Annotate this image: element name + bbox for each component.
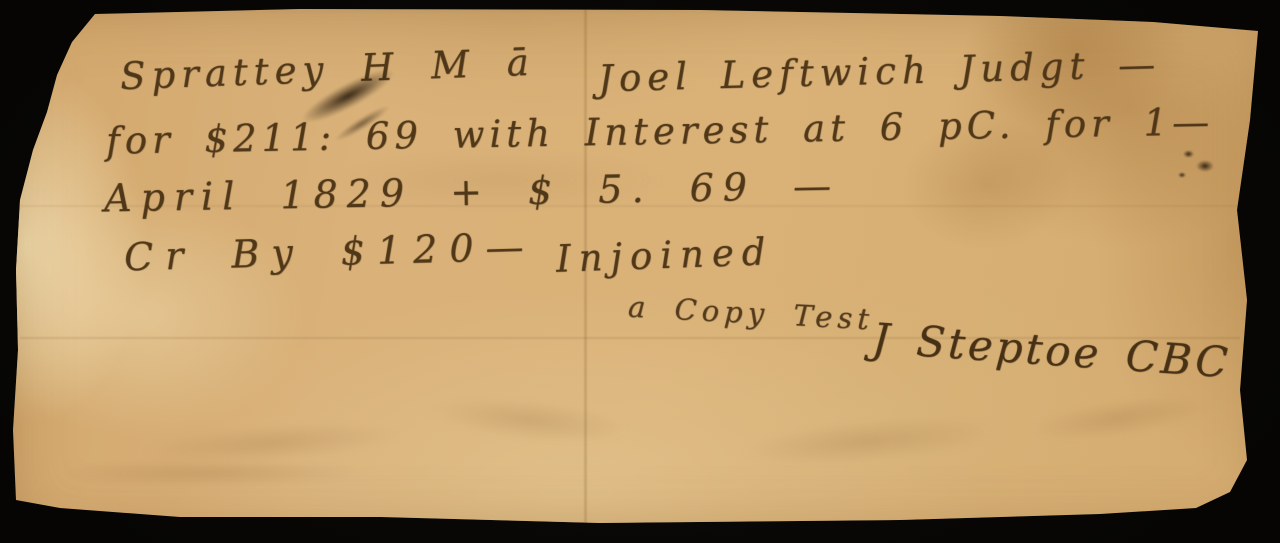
bleedthrough-smudge bbox=[739, 409, 1002, 474]
bleedthrough-smudge bbox=[1028, 388, 1211, 449]
handwriting-parties-left: Sprattey H M ā bbox=[119, 41, 535, 98]
clerk-signature: J Steptoe CBC bbox=[871, 314, 1232, 388]
bleedthrough-smudge bbox=[60, 460, 360, 486]
handwriting-attestation: a Copy Test bbox=[627, 290, 875, 337]
handwriting-amount-line: for $211: 69 with Interest at 6 pC. for … bbox=[106, 100, 1215, 162]
handwriting-injoined-note: Injoined bbox=[555, 230, 774, 281]
scanner-background: Sprattey H M ā Joel Leftwich Judgt — fo… bbox=[0, 0, 1280, 543]
bleedthrough-smudge bbox=[428, 390, 631, 451]
ink-speck bbox=[1183, 150, 1194, 158]
handwriting-date-line: April 1829 + $ 5. 69 — bbox=[104, 164, 841, 221]
handwriting-credit-line: Cr By $120— bbox=[123, 225, 536, 280]
handwriting-parties-right: Joel Leftwich Judgt — bbox=[598, 43, 1162, 101]
scan-image: { "scene": { "description": "Scanned han… bbox=[0, 0, 1280, 543]
document-paper: Sprattey H M ā Joel Leftwich Judgt — fo… bbox=[0, 0, 1280, 543]
ink-speck bbox=[1196, 160, 1214, 172]
ink-speck bbox=[1178, 172, 1186, 178]
